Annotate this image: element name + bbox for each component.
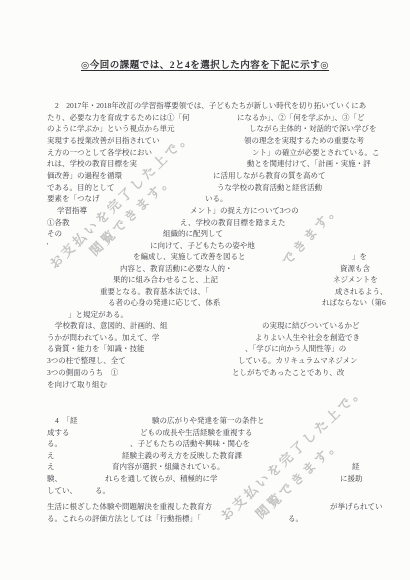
text-fragment: に活用しながら教育の質を高めて — [213, 171, 326, 180]
text-fragment: である。目的として — [47, 183, 115, 192]
text-line: 3つの柱で整理し、全てしている。カリキュラムマネジメン — [0, 356, 410, 366]
text-fragment: 経験主義の考え方を反映した教育課 — [122, 451, 242, 460]
text-fragment: どもの成長や生活経験を重視する — [140, 428, 253, 437]
text-fragment: え、学校の教育目標を踏まえた — [180, 218, 285, 227]
text-fragment: 、子どもたちの活動や興味・関心を — [130, 439, 250, 448]
text-fragment: 育内容が選択・組織されている。 — [112, 462, 225, 471]
text-line: 2 2017年・2018年改訂の学習指導要領では、子どもたちが新しい時代を切り拓… — [0, 101, 410, 111]
text-fragment: ネジメントを — [333, 275, 378, 284]
text-fragment: れらを通して彼らが、積極的に学 — [105, 474, 218, 483]
text-fragment: のように学ぶか」という視点から単元 — [47, 124, 175, 133]
text-fragment: 学習指導 — [57, 206, 87, 215]
text-line: 実現する授業改善が目指されてい領の理念を実現するための重要な考 — [0, 136, 410, 146]
text-fragment: 2 2017年・2018年改訂の学習指導要領では、子どもたちが新しい時代を切り拓… — [55, 101, 366, 110]
document-body: 2 2017年・2018年改訂の学習指導要領では、子どもたちが新しい時代を切り拓… — [0, 0, 410, 580]
text-line: る資質・能力を「知識・技能、「学びに向かう人間性等」の — [0, 344, 410, 354]
text-line: れは、学校の教育目標を実動とを関連付けて、「計画・実施・評 — [0, 159, 410, 169]
text-line: 験、れらを通して彼らが、積極的に学に援助 — [0, 474, 410, 484]
text-line: 果的に組み合わせること、上記ネジメントを — [0, 275, 410, 285]
text-fragment: 」と規定がある。 — [68, 310, 128, 319]
text-fragment: 学校教育は、意図的、計画的、組 — [55, 321, 168, 330]
text-fragment: 」を — [352, 252, 367, 261]
text-fragment: 要素を「つなげ — [47, 194, 100, 203]
text-fragment: してい、 — [47, 486, 77, 495]
text-line: 'に向けて、子どもたちの姿や地 — [0, 241, 410, 251]
text-line: る。これらの評価方法としては「行動指標」「る。 — [0, 514, 410, 524]
text-line: のように学ぶか」という視点から単元しながら主体的・対話的で深い学びを — [0, 124, 410, 134]
text-fragment: 資源も含 — [340, 264, 370, 273]
text-line: 価改善」の過程を循環に活用しながら教育の質を高めて — [0, 171, 410, 181]
text-fragment: え方の一つとして各学校におい — [47, 148, 152, 157]
text-fragment: うかが問われている。加えて、学 — [47, 333, 159, 342]
text-fragment: メント」の捉え方について3つの — [190, 206, 299, 215]
text-fragment: 成する — [47, 428, 70, 437]
text-line: 4 「経験の広がりや発達を第一の条件と — [0, 416, 410, 426]
text-line: る者の心身の発達に応じて、体系ればならない（第6 — [0, 298, 410, 308]
text-line: 内容と、教育活動に必要な人的・資源も含 — [0, 264, 410, 274]
text-fragment: が挙げられてい — [330, 502, 383, 511]
text-line: うかが問われている。加えて、学よりよい人生や社会を創造でき — [0, 333, 410, 343]
text-fragment: る。 — [95, 486, 110, 495]
text-line: その組織的に配列して — [0, 229, 410, 239]
text-fragment: している。カリキュラムマネジメン — [238, 356, 358, 365]
text-fragment: 価改善」の過程を循環 — [47, 171, 122, 180]
text-fragment: になるか」、②「何を学ぶか」、③「ど — [237, 113, 365, 122]
text-fragment: よりよい人生や社会を創造でき — [255, 333, 360, 342]
text-fragment: 組織的に配列して — [163, 229, 223, 238]
text-line: る。、子どもたちの活動や興味・関心を — [0, 439, 410, 449]
text-fragment: ①各教 — [47, 218, 70, 227]
text-fragment: 成されるよう、 — [335, 287, 388, 296]
text-line: してい、る。 — [0, 486, 410, 496]
text-fragment: を編成し、実施して改善を図ると — [133, 252, 246, 261]
text-fragment: ればならない（第6 — [322, 298, 386, 307]
text-line: 要素を「つなげいる。 — [0, 194, 410, 204]
text-line: 3つの側面のうち ①としがちであったことであり、改 — [0, 368, 410, 378]
text-fragment: 実現する授業改善が目指されてい — [47, 136, 160, 145]
text-line: 学習指導メント」の捉え方について3つの — [0, 206, 410, 216]
document-page: お支払いを完了した上で。閲覧できます。できます。お支払いを完了した上で。閲覧でき… — [0, 0, 410, 580]
text-fragment: 4 「経 — [55, 416, 78, 425]
text-line: たり、必要な力を育成するためには①「何になるか」、②「何を学ぶか」、③「ど — [0, 113, 410, 123]
text-fragment: いる。 — [205, 194, 228, 203]
text-fragment: に援助 — [340, 474, 363, 483]
text-fragment: 験の広がりや発達を第一の条件と — [152, 416, 265, 425]
text-line: え方の一つとして各学校においント」の確立が必要とされている。こ — [0, 148, 410, 158]
text-line: ①各教え、学校の教育目標を踏まえた — [0, 218, 410, 228]
text-line: である。目的としてうな学校の教育活動と経営活動 — [0, 183, 410, 193]
text-line: を向けて取り組む — [0, 380, 410, 390]
text-line: 生活に根ざした体験や問題解決を重視した教育方が挙げられてい — [0, 502, 410, 512]
text-fragment: たり、必要な力を育成するためには①「何 — [47, 113, 190, 122]
text-fragment: 果的に組み合わせること、上記 — [113, 275, 218, 284]
text-fragment: ' — [47, 241, 48, 250]
text-fragment: 内容と、教育活動に必要な人的・ — [120, 264, 233, 273]
text-line: 重要となる。教育基本法では、「成されるよう、 — [0, 287, 410, 297]
text-line: 」と規定がある。 — [0, 310, 410, 320]
text-fragment: その — [47, 229, 62, 238]
text-fragment: 3つの側面のうち ① — [47, 368, 118, 377]
text-fragment: る。 — [288, 514, 303, 523]
text-fragment: に向けて、子どもたちの姿や地 — [150, 241, 255, 250]
text-line: 学校教育は、意図的、計画的、組の実現に結びついているかど — [0, 321, 410, 331]
text-line: 成するどもの成長や生活経験を重視する — [0, 428, 410, 438]
text-fragment: 、「学びに向かう人間性等」の — [245, 344, 346, 353]
text-fragment: え — [47, 462, 55, 471]
text-fragment: ント」の確立が必要とされている。こ — [252, 148, 380, 157]
text-fragment: 重要となる。教育基本法では、「 — [100, 287, 209, 296]
text-fragment: を向けて取り組む — [47, 380, 107, 389]
text-line: え経験主義の考え方を反映した教育課 — [0, 451, 410, 461]
text-fragment: 3つの柱で整理し、全て — [47, 356, 126, 365]
text-fragment: る。これらの評価方法としては「行動指標」「 — [47, 514, 201, 523]
text-fragment: としがちであったことであり、改 — [232, 368, 344, 377]
text-fragment: うな学校の教育活動と経営活動 — [217, 183, 322, 192]
text-fragment: る資質・能力を「知識・技能 — [47, 344, 145, 353]
text-fragment: る。 — [47, 439, 62, 448]
text-fragment: れは、学校の教育目標を実 — [47, 159, 137, 168]
text-fragment: 経 — [352, 462, 360, 471]
text-fragment: 験、 — [47, 474, 62, 483]
text-fragment: え — [47, 451, 55, 460]
text-fragment: る者の心身の発達に応じて、体系 — [108, 298, 220, 307]
text-fragment: 生活に根ざした体験や問題解決を重視した教育方 — [47, 502, 212, 511]
text-line: を編成し、実施して改善を図ると」を — [0, 252, 410, 262]
text-fragment: しながら主体的・対話的で深い学びを — [249, 124, 377, 133]
text-fragment: の実現に結びついているかど — [262, 321, 360, 330]
text-fragment: 領の理念を実現するための重要な考 — [244, 136, 364, 145]
text-fragment: 動とを関連付けて、「計画・実施・評 — [247, 159, 371, 168]
text-line: え育内容が選択・組織されている。経 — [0, 462, 410, 472]
